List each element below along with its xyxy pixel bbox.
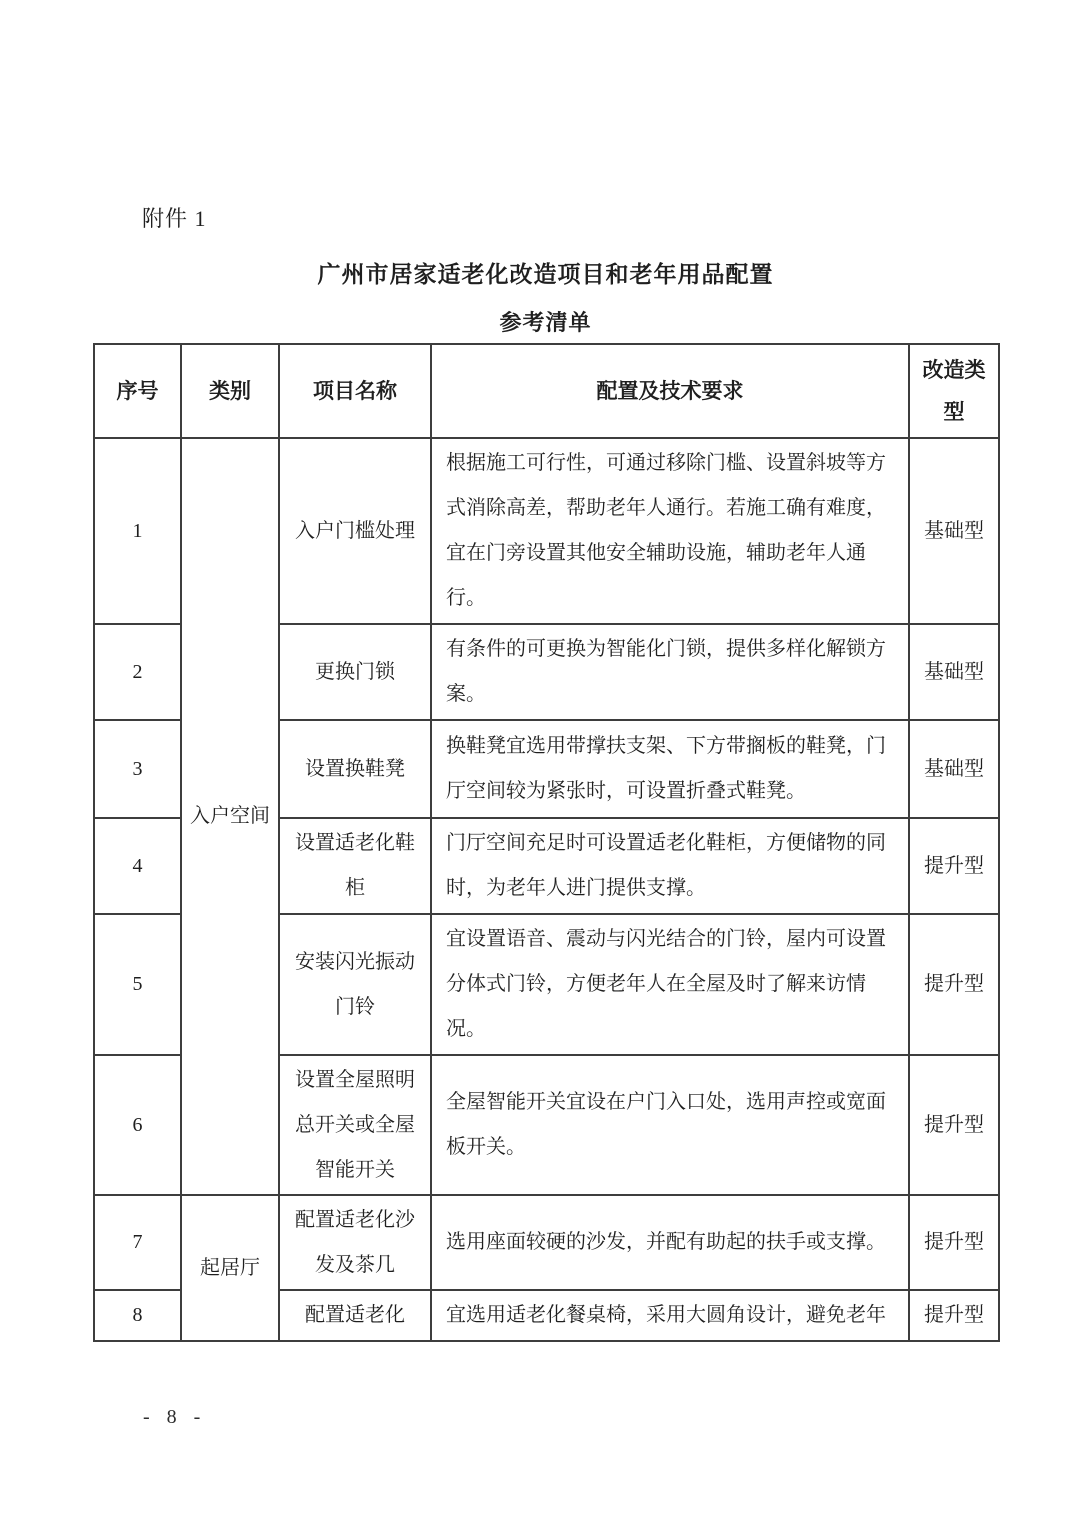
category-cell-living-room: 起居厅 <box>181 1195 279 1341</box>
project-name: 入户门槛处理 <box>279 438 431 624</box>
project-name: 设置适老化鞋柜 <box>279 818 431 914</box>
requirement-text: 选用座面较硬的沙发，并配有助起的扶手或支撑。 <box>431 1195 909 1290</box>
attachment-label: 附件 1 <box>142 202 207 233</box>
row-no: 2 <box>94 624 181 720</box>
row-no: 7 <box>94 1195 181 1290</box>
doc-subtitle: 参考清单 <box>93 306 998 337</box>
header-cell-category: 类别 <box>181 344 279 438</box>
renovation-type: 提升型 <box>909 1195 999 1290</box>
page-number: - 8 - <box>143 1406 206 1429</box>
project-name: 更换门锁 <box>279 624 431 720</box>
requirement-text: 全屋智能开关宜设在户门入口处，选用声控或宽面板开关。 <box>431 1055 909 1195</box>
requirement-text: 根据施工可行性，可通过移除门槛、设置斜坡等方式消除高差，帮助老年人通行。若施工确… <box>431 438 909 624</box>
project-name: 设置全屋照明总开关或全屋智能开关 <box>279 1055 431 1195</box>
renovation-type: 提升型 <box>909 1290 999 1341</box>
header-cell-requirements: 配置及技术要求 <box>431 344 909 438</box>
header-cell-project-name: 项目名称 <box>279 344 431 438</box>
renovation-type: 提升型 <box>909 914 999 1055</box>
row-no: 1 <box>94 438 181 624</box>
row-no: 8 <box>94 1290 181 1341</box>
renovation-type: 基础型 <box>909 624 999 720</box>
requirement-text: 宜设置语音、震动与闪光结合的门铃，屋内可设置分体式门铃，方便老年人在全屋及时了解… <box>431 914 909 1055</box>
header-cell-type: 改造类型 <box>909 344 999 438</box>
requirement-text: 宜选用适老化餐桌椅，采用大圆角设计，避免老年 <box>431 1290 909 1341</box>
requirement-text: 门厅空间充足时可设置适老化鞋柜，方便储物的同时，为老年人进门提供支撑。 <box>431 818 909 914</box>
category-cell-entry-space: 入户空间 <box>181 438 279 1195</box>
project-name: 配置适老化 <box>279 1290 431 1341</box>
requirement-text: 有条件的可更换为智能化门锁，提供多样化解锁方案。 <box>431 624 909 720</box>
table-row: 7 起居厅 配置适老化沙发及茶几 选用座面较硬的沙发，并配有助起的扶手或支撑。 … <box>94 1195 999 1290</box>
row-no: 5 <box>94 914 181 1055</box>
row-no: 4 <box>94 818 181 914</box>
renovation-type: 提升型 <box>909 818 999 914</box>
document-page: 附件 1 广州市居家适老化改造项目和老年用品配置 参考清单 序号 类别 项目名称… <box>0 0 1080 1526</box>
project-name: 设置换鞋凳 <box>279 720 431 818</box>
doc-title: 广州市居家适老化改造项目和老年用品配置 <box>93 256 998 289</box>
row-no: 3 <box>94 720 181 818</box>
project-name: 安装闪光振动门铃 <box>279 914 431 1055</box>
reference-table-container: 序号 类别 项目名称 配置及技术要求 改造类型 1 入户空间 入户门槛处理 根据… <box>93 343 1000 1342</box>
table-header-row: 序号 类别 项目名称 配置及技术要求 改造类型 <box>94 344 999 438</box>
table-row: 1 入户空间 入户门槛处理 根据施工可行性，可通过移除门槛、设置斜坡等方式消除高… <box>94 438 999 624</box>
renovation-type: 提升型 <box>909 1055 999 1195</box>
renovation-type: 基础型 <box>909 720 999 818</box>
project-name: 配置适老化沙发及茶几 <box>279 1195 431 1290</box>
requirement-text: 换鞋凳宜选用带撑扶支架、下方带搁板的鞋凳，门厅空间较为紧张时，可设置折叠式鞋凳。 <box>431 720 909 818</box>
renovation-type: 基础型 <box>909 438 999 624</box>
reference-table: 序号 类别 项目名称 配置及技术要求 改造类型 1 入户空间 入户门槛处理 根据… <box>93 343 1000 1342</box>
row-no: 6 <box>94 1055 181 1195</box>
header-cell-no: 序号 <box>94 344 181 438</box>
